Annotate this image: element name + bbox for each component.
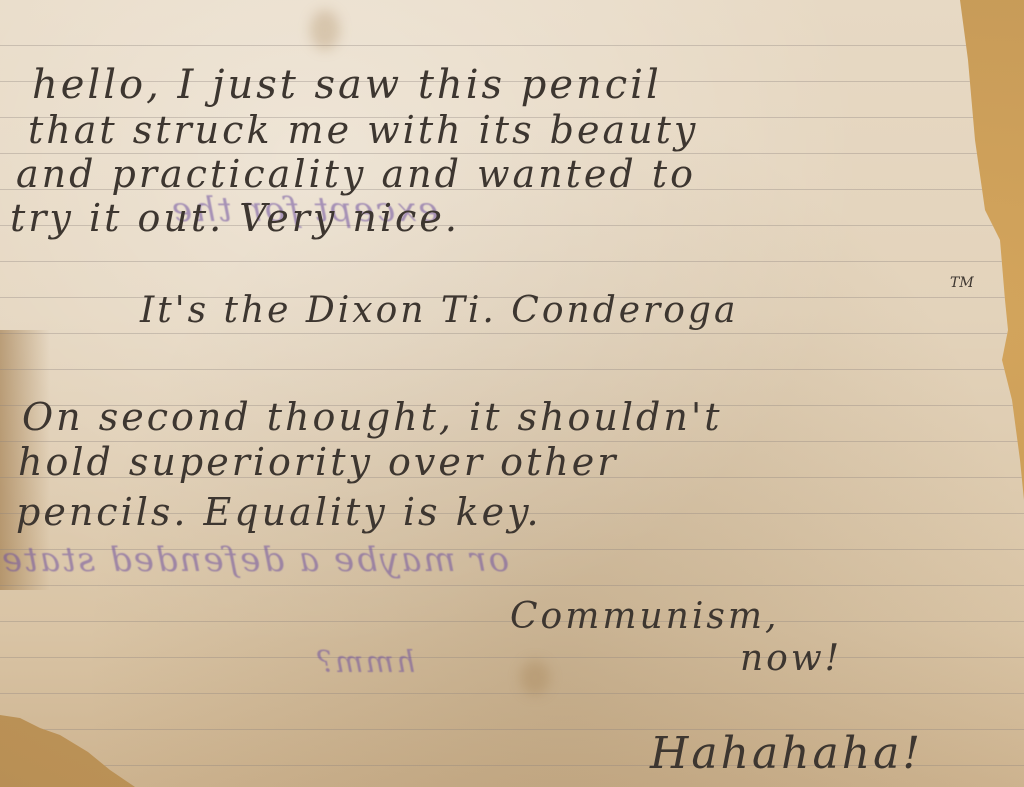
lined-paper: except for the or maybe a defended state…	[0, 0, 1024, 787]
paper-stain	[520, 660, 550, 695]
paper-stain	[310, 10, 340, 50]
note-line: pencils. Equality is key.	[16, 490, 542, 534]
note-line: that struck me with its beauty	[28, 108, 698, 152]
photo-scene: except for the or maybe a defended state…	[0, 0, 1024, 787]
note-line: On second thought, it shouldn't	[22, 395, 723, 439]
note-line: try it out. Very nice.	[10, 196, 460, 240]
note-line: and practicality and wanted to	[16, 152, 696, 196]
closing-line: now!	[740, 638, 842, 679]
note-line: It's the Dixon Ti. Conderoga	[140, 290, 738, 331]
trademark-mark: TM	[950, 275, 974, 291]
note-line: hello, I just saw this pencil	[32, 62, 662, 108]
signoff: Hahahaha!	[650, 728, 923, 779]
note-line: hold superiority over other	[18, 440, 618, 484]
bleed-through-text: or maybe a defended state	[0, 540, 509, 580]
closing-line: Communism,	[510, 596, 779, 637]
bleed-through-text: hmm?	[315, 645, 415, 680]
